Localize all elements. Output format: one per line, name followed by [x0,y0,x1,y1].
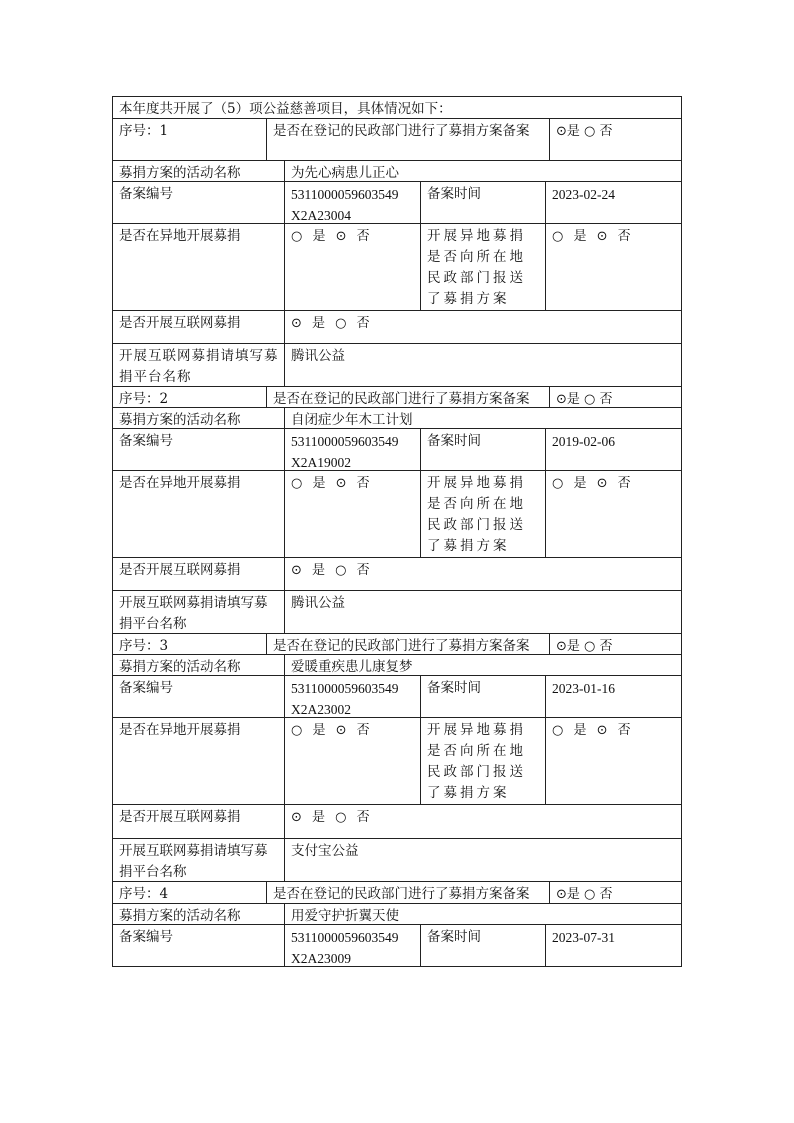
filing-date-label: 备案时间 [421,925,546,966]
filed-radio-group[interactable]: ⊙是 ○ 否 [550,882,681,903]
offsite-radio[interactable]: ○ 是 ⊙ 否 [291,473,373,494]
filing-number-value: 5311000059603549X2A19002 [285,429,421,470]
offsite-report-radio[interactable]: ○ 是 ⊙ 否 [552,720,634,741]
project-1-platform-row: 开展互联网募捐请填写募捐平台名称 腾讯公益 [112,343,682,386]
online-radio[interactable]: ⊙ 是 ○ 否 [291,313,373,334]
project-1-filing-row: 备案编号 5311000059603549X2A23004 备案时间 2023-… [112,181,682,223]
offsite-report-radio[interactable]: ○ 是 ⊙ 否 [552,226,634,247]
online-radio[interactable]: ⊙ 是 ○ 否 [291,807,373,828]
filing-date-label: 备案时间 [421,429,546,470]
filed-radio[interactable]: ⊙是 ○ 否 [556,636,613,654]
project-3-activity-row: 募捐方案的活动名称 爱暖重疾患儿康复梦 [112,654,682,675]
filed-radio[interactable]: ⊙是 ○ 否 [556,389,613,407]
filed-question-label: 是否在登记的民政部门进行了募捐方案备案 [267,387,550,407]
serial-label: 序号：4 [113,882,267,903]
project-3-filing-row: 备案编号 5311000059603549X2A23002 备案时间 2023-… [112,675,682,717]
offsite-radio[interactable]: ○ 是 ⊙ 否 [291,226,373,247]
serial-label: 序号：3 [113,634,267,654]
activity-name-value: 为先心病患儿正心 [285,161,681,181]
project-2-serial-row: 序号：2 是否在登记的民政部门进行了募捐方案备案 ⊙是 ○ 否 [112,386,682,407]
filed-radio-group[interactable]: ⊙是 ○ 否 [550,387,681,407]
filing-number-label: 备案编号 [113,676,285,717]
offsite-label: 是否在异地开展募捐 [113,718,285,804]
offsite-report-radio-group[interactable]: ○ 是 ⊙ 否 [546,718,681,804]
project-1-serial-row: 序号：1 是否在登记的民政部门进行了募捐方案备案 ⊙是 ○ 否 [112,118,682,160]
filing-number-label: 备案编号 [113,182,285,223]
filing-number-value: 5311000059603549X2A23002 [285,676,421,717]
filing-date-label: 备案时间 [421,676,546,717]
serial-label: 序号：1 [113,119,267,160]
activity-name-label: 募捐方案的活动名称 [113,161,285,181]
filing-number-line2: X2A23009 [291,948,415,966]
filing-date-value: 2019-02-06 [546,429,681,470]
project-2-filing-row: 备案编号 5311000059603549X2A19002 备案时间 2019-… [112,428,682,470]
intro-text: 本年度共开展了（5）项公益慈善项目，具体情况如下： [113,97,681,118]
online-radio[interactable]: ⊙ 是 ○ 否 [291,560,373,581]
project-4-serial-row: 序号：4 是否在登记的民政部门进行了募捐方案备案 ⊙是 ○ 否 [112,881,682,903]
activity-name-label: 募捐方案的活动名称 [113,904,285,924]
filed-radio[interactable]: ⊙是 ○ 否 [556,884,613,903]
platform-label: 开展互联网募捐请填写募捐平台名称 [113,591,285,633]
platform-label: 开展互联网募捐请填写募捐平台名称 [113,344,285,386]
offsite-report-radio-group[interactable]: ○ 是 ⊙ 否 [546,224,681,310]
offsite-report-label: 开展异地募捐是否向所在地民政部门报送了募捐方案 [421,471,546,557]
document-page: 本年度共开展了（5）项公益慈善项目，具体情况如下： 序号：1 是否在登记的民政部… [0,0,794,1123]
serial-label: 序号：2 [113,387,267,407]
offsite-label: 是否在异地开展募捐 [113,471,285,557]
activity-name-value: 爱暖重疾患儿康复梦 [285,655,681,675]
filed-radio[interactable]: ⊙是 ○ 否 [556,121,613,142]
offsite-radio-group[interactable]: ○ 是 ⊙ 否 [285,224,421,310]
filed-question-label: 是否在登记的民政部门进行了募捐方案备案 [267,634,550,654]
project-2-activity-row: 募捐方案的活动名称 自闭症少年木工计划 [112,407,682,428]
filing-number-value: 5311000059603549X2A23004 [285,182,421,223]
filing-number-line1: 5311000059603549 [291,184,415,205]
project-1-online-row: 是否开展互联网募捐 ⊙ 是 ○ 否 [112,310,682,343]
offsite-report-label: 开展异地募捐是否向所在地民政部门报送了募捐方案 [421,718,546,804]
project-3-online-row: 是否开展互联网募捐 ⊙ 是 ○ 否 [112,804,682,838]
online-radio-group[interactable]: ⊙ 是 ○ 否 [285,558,681,590]
filing-date-value: 2023-07-31 [546,925,681,966]
offsite-radio-group[interactable]: ○ 是 ⊙ 否 [285,471,421,557]
project-3-platform-row: 开展互联网募捐请填写募捐平台名称 支付宝公益 [112,838,682,881]
offsite-radio[interactable]: ○ 是 ⊙ 否 [291,720,373,741]
filing-number-line1: 5311000059603549 [291,678,415,699]
offsite-report-radio-group[interactable]: ○ 是 ⊙ 否 [546,471,681,557]
filing-number-label: 备案编号 [113,429,285,470]
project-3-offsite-row: 是否在异地开展募捐 ○ 是 ⊙ 否 开展异地募捐是否向所在地民政部门报送了募捐方… [112,717,682,804]
filing-number-line2: X2A23004 [291,205,415,223]
filed-question-label: 是否在登记的民政部门进行了募捐方案备案 [267,119,550,160]
filing-number-value: 5311000059603549X2A23009 [285,925,421,966]
online-radio-group[interactable]: ⊙ 是 ○ 否 [285,311,681,343]
online-label: 是否开展互联网募捐 [113,558,285,590]
activity-name-value: 自闭症少年木工计划 [285,408,681,428]
platform-value: 腾讯公益 [285,344,681,386]
filing-number-line2: X2A23002 [291,699,415,717]
project-4-activity-row: 募捐方案的活动名称 用爱守护折翼天使 [112,903,682,924]
project-4-filing-row: 备案编号 5311000059603549X2A23009 备案时间 2023-… [112,924,682,967]
project-1-activity-row: 募捐方案的活动名称 为先心病患儿正心 [112,160,682,181]
charity-projects-table: 本年度共开展了（5）项公益慈善项目，具体情况如下： 序号：1 是否在登记的民政部… [112,96,682,967]
platform-label: 开展互联网募捐请填写募捐平台名称 [113,839,285,881]
filing-date-value: 2023-01-16 [546,676,681,717]
online-label: 是否开展互联网募捐 [113,311,285,343]
offsite-report-label: 开展异地募捐是否向所在地民政部门报送了募捐方案 [421,224,546,310]
filed-question-label: 是否在登记的民政部门进行了募捐方案备案 [267,882,550,903]
project-3-serial-row: 序号：3 是否在登记的民政部门进行了募捐方案备案 ⊙是 ○ 否 [112,633,682,654]
offsite-radio-group[interactable]: ○ 是 ⊙ 否 [285,718,421,804]
filing-number-line1: 5311000059603549 [291,927,415,948]
filing-date-label: 备案时间 [421,182,546,223]
project-2-offsite-row: 是否在异地开展募捐 ○ 是 ⊙ 否 开展异地募捐是否向所在地民政部门报送了募捐方… [112,470,682,557]
filing-number-line2: X2A19002 [291,452,415,470]
filing-number-label: 备案编号 [113,925,285,966]
activity-name-label: 募捐方案的活动名称 [113,408,285,428]
filed-radio-group[interactable]: ⊙是 ○ 否 [550,634,681,654]
platform-value: 腾讯公益 [285,591,681,633]
offsite-report-radio[interactable]: ○ 是 ⊙ 否 [552,473,634,494]
intro-row: 本年度共开展了（5）项公益慈善项目，具体情况如下： [112,96,682,118]
offsite-label: 是否在异地开展募捐 [113,224,285,310]
project-1-offsite-row: 是否在异地开展募捐 ○ 是 ⊙ 否 开展异地募捐是否向所在地民政部门报送了募捐方… [112,223,682,310]
activity-name-label: 募捐方案的活动名称 [113,655,285,675]
project-2-platform-row: 开展互联网募捐请填写募捐平台名称 腾讯公益 [112,590,682,633]
filing-number-line1: 5311000059603549 [291,431,415,452]
filing-date-value: 2023-02-24 [546,182,681,223]
activity-name-value: 用爱守护折翼天使 [285,904,681,924]
online-label: 是否开展互联网募捐 [113,805,285,838]
project-2-online-row: 是否开展互联网募捐 ⊙ 是 ○ 否 [112,557,682,590]
filed-radio-group[interactable]: ⊙是 ○ 否 [550,119,681,160]
platform-value: 支付宝公益 [285,839,681,881]
online-radio-group[interactable]: ⊙ 是 ○ 否 [285,805,681,838]
